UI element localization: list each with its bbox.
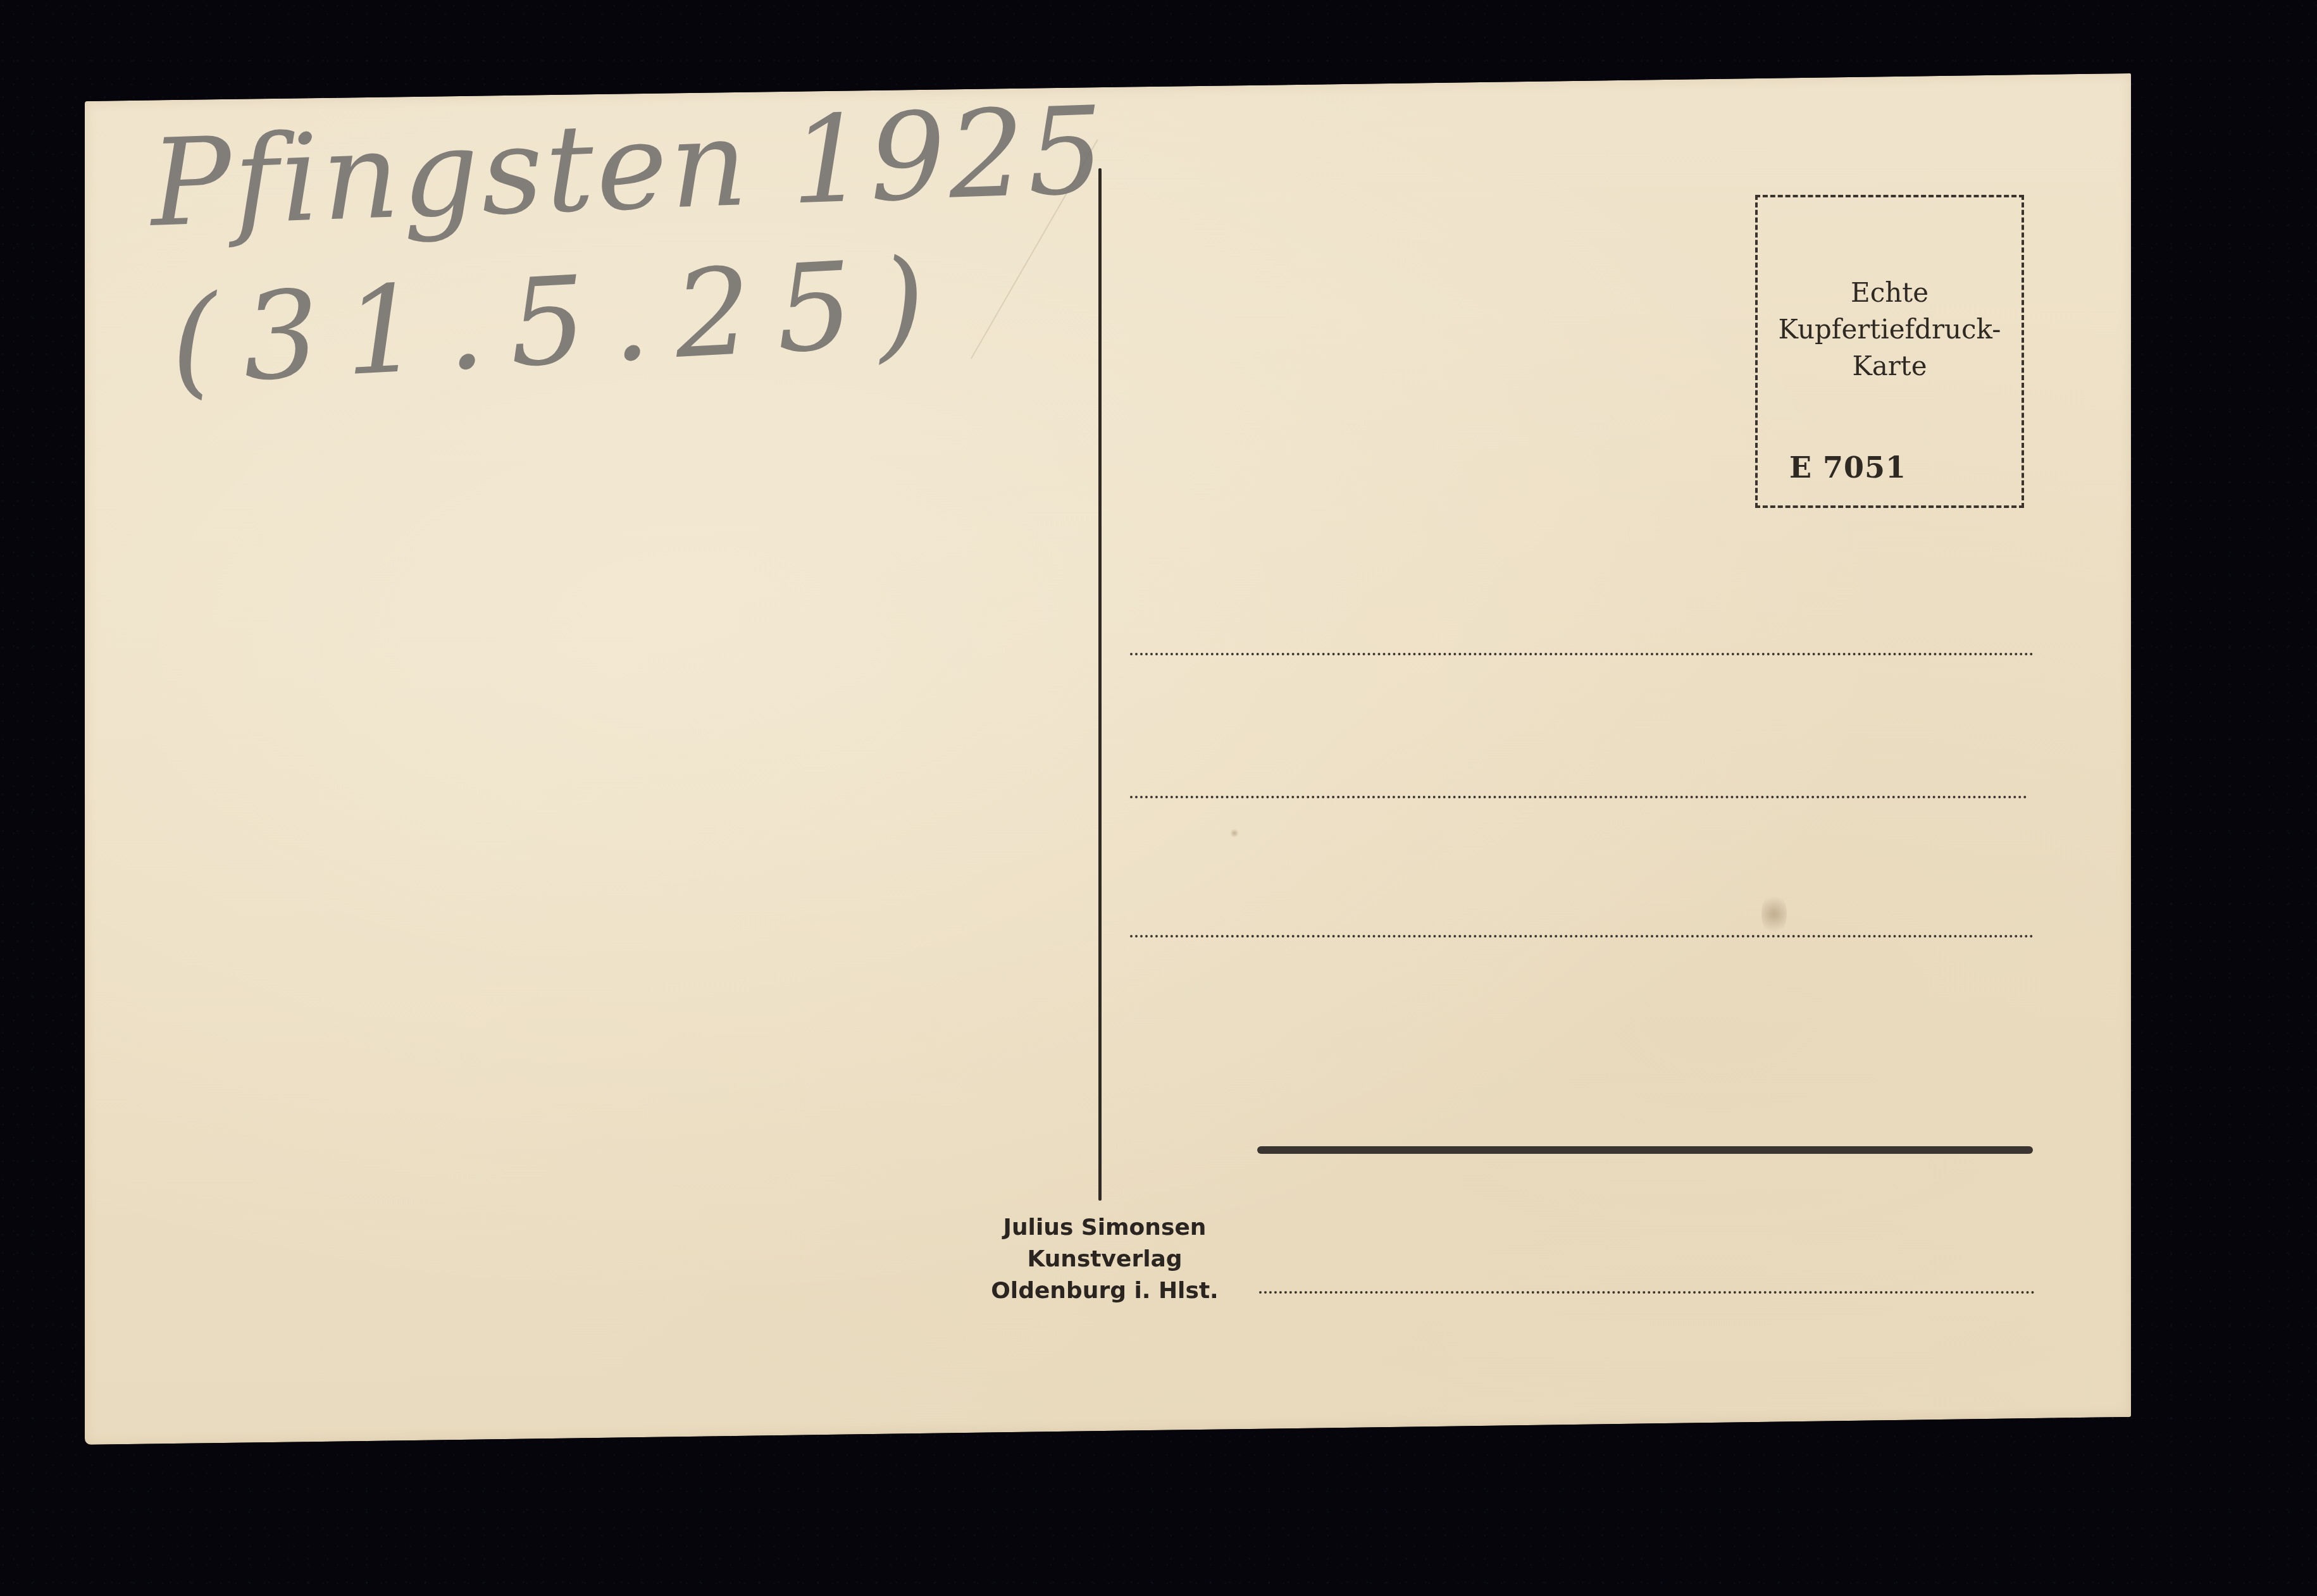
stain-mark: [1230, 829, 1239, 838]
publisher-type: Kunstverlag: [958, 1244, 1252, 1275]
address-line-5: [1259, 1291, 2035, 1294]
stamp-label-line: Karte: [1758, 348, 2022, 385]
postcard-content: Pfingsten 1925 (31.5.25) Echte Kupfertie…: [85, 101, 2131, 1445]
stamp-box: Echte Kupfertiefdruck- Karte E 7051: [1755, 195, 2024, 508]
handwritten-note-line1: Pfingsten 1925: [148, 80, 1109, 254]
publisher-location: Oldenburg i. Hlst.: [958, 1275, 1252, 1307]
card-code: E 7051: [1789, 450, 1906, 485]
stamp-label-line: Kupfertiefdruck-: [1758, 311, 2022, 348]
publisher-name: Julius Simonsen: [958, 1212, 1252, 1244]
address-line-3: [1130, 935, 2034, 937]
stamp-label-line: Echte: [1758, 275, 2022, 311]
stain-mark: [1761, 892, 1787, 936]
message-address-divider: [1098, 168, 1102, 1201]
postcard-back: Pfingsten 1925 (31.5.25) Echte Kupfertie…: [85, 73, 2131, 1445]
address-line-solid: [1257, 1146, 2033, 1154]
publisher-imprint: Julius Simonsen Kunstverlag Oldenburg i.…: [958, 1212, 1252, 1307]
handwritten-note-line2: (31.5.25): [167, 231, 954, 411]
address-line-1: [1130, 653, 2034, 655]
address-line-2: [1130, 796, 2027, 798]
stamp-box-label: Echte Kupfertiefdruck- Karte: [1758, 275, 2022, 385]
